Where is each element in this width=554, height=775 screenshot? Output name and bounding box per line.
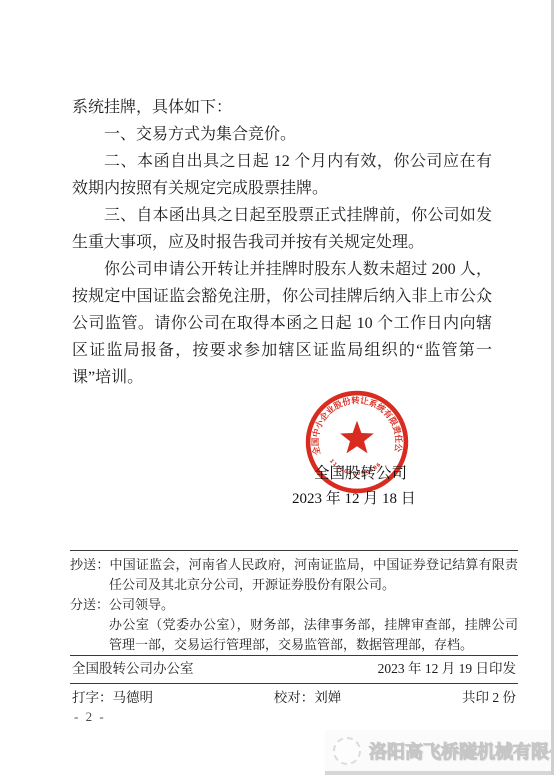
copies-count: 共印 2 份: [462, 688, 516, 708]
document-footer: 抄送：中国证监会，河南省人民政府，河南证监局，中国证券登记结算有限责任公司及其北…: [70, 550, 518, 713]
distribution-line: 分送：公司领导。: [70, 595, 518, 615]
letter-body: 系统挂牌，具体如下： 一、交易方式为集合竞价。 二、本函自出具之日起 12 个月…: [72, 94, 492, 391]
issuer-row: 全国股转公司办公室 2023 年 12 月 19 日印发: [70, 656, 518, 683]
body-paragraph: 一、交易方式为集合竞价。: [72, 121, 492, 148]
watermark-company-name: 洛阳高飞桥隧机械有限公司: [369, 738, 554, 764]
body-paragraph: 系统挂牌，具体如下：: [72, 94, 492, 121]
body-paragraph: 二、本函自出具之日起 12 个月内有效，你公司应在有效期内按照有关规定完成股票挂…: [72, 148, 492, 202]
watermark-logo-icon: [333, 737, 361, 765]
typist-row: 打字：马德明 校对：刘婵 共印 2 份: [70, 684, 518, 713]
cc-label: 抄送：: [70, 557, 110, 572]
cc-line: 抄送：中国证监会，河南省人民政府，河南证监局，中国证券登记结算有限责任公司及其北…: [70, 555, 518, 595]
body-paragraph: 你公司申请公开转让并挂牌时股东人数未超过 200 人，按规定中国证监会豁免注册，…: [72, 256, 492, 391]
distribution-departments: 办公室（党委办公室），财务部，法律事务部，挂牌审查部，挂牌公司管理一部，交易运行…: [109, 615, 518, 655]
proofreader: 校对：刘婵: [274, 688, 342, 708]
body-paragraph: 三、自本函出具之日起至股票正式挂牌前，你公司如发生重大事项，应及时报告我司并按有…: [72, 202, 492, 256]
distribution-text: 公司领导。: [109, 597, 174, 612]
seal-star-icon: [340, 421, 374, 454]
page-number: - 2 -: [74, 709, 106, 725]
document-page: 系统挂牌，具体如下： 一、交易方式为集合竞价。 二、本函自出具之日起 12 个月…: [0, 0, 554, 775]
issuer-office: 全国股转公司办公室: [72, 659, 194, 679]
typist: 打字：马德明: [72, 688, 153, 708]
print-date: 2023 年 12 月 19 日印发: [378, 659, 516, 679]
signature-company: 全国股转公司: [314, 461, 434, 483]
signature-date: 2023 年 12 月 18 日: [292, 487, 416, 508]
distribution-label: 分送：: [70, 597, 109, 612]
cc-text: 中国证监会，河南省人民政府，河南证监局，中国证券登记结算有限责任公司及其北京分公…: [109, 557, 518, 592]
watermark-banner: 洛阳高飞桥隧机械有限公司: [325, 730, 554, 775]
